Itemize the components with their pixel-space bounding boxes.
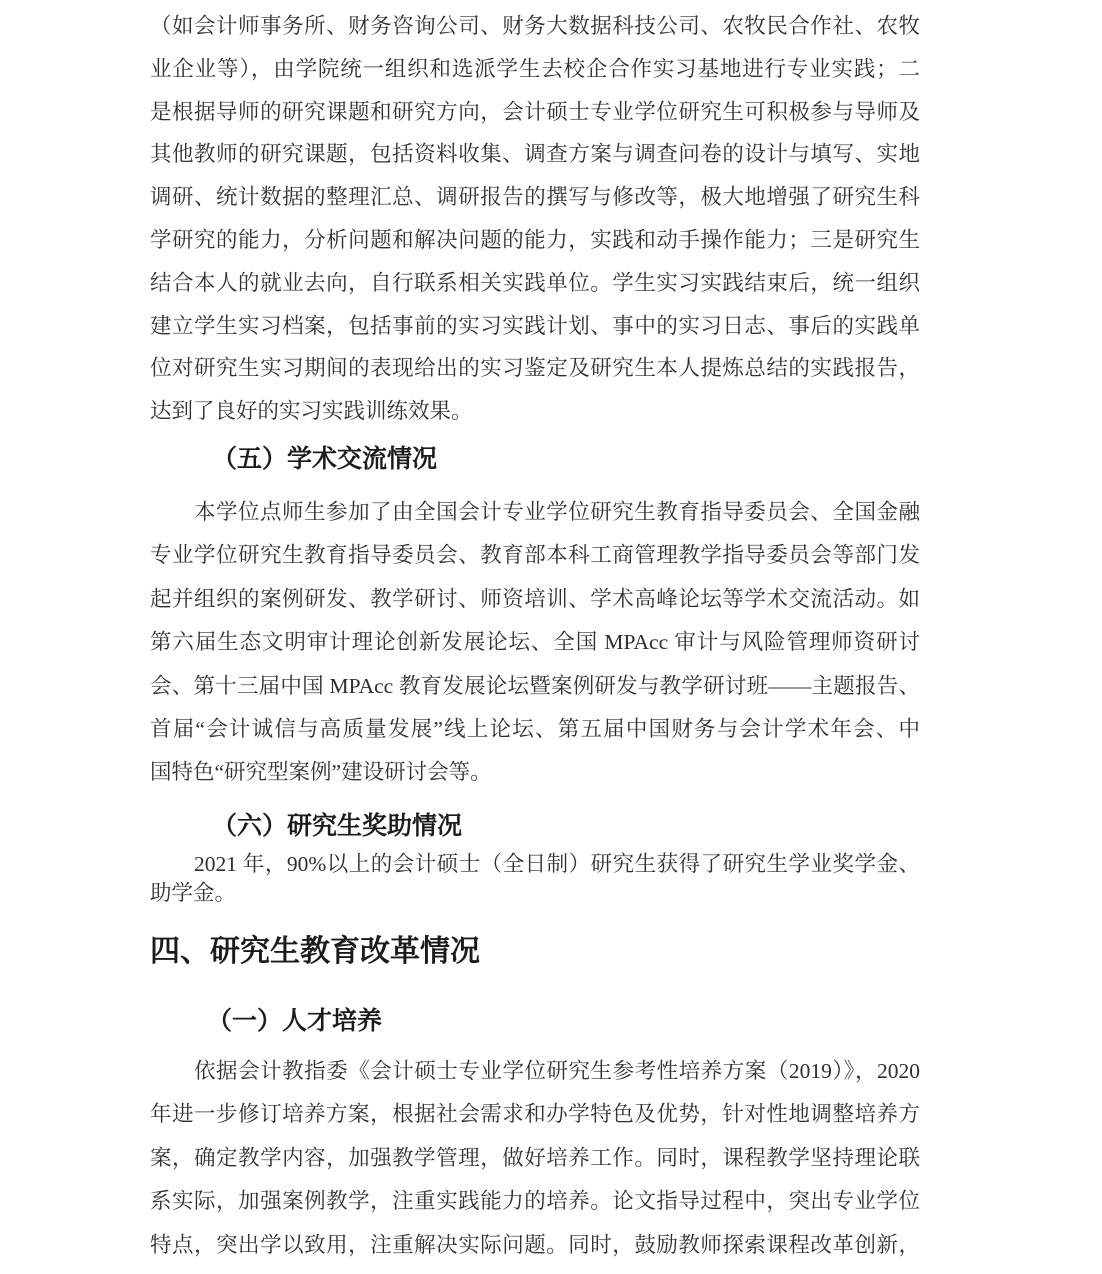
paragraph-talent-cultivation: 依据会计教指委《会计硕士专业学位研究生参考性培养方案（2019）》，2020 年… xyxy=(150,1050,920,1267)
paragraph-internship-practice: （如会计师事务所、财务咨询公司、财务大数据科技公司、农牧民合作社、农牧 业企业等… xyxy=(150,5,920,433)
paragraph-scholarship: 2021 年，90%以上的会计硕士（全日制）研究生获得了研究生学业奖学金、 助学… xyxy=(150,850,920,908)
text-line: 特点，突出学以致用，注重解决实际问题。同时，鼓励教师探索课程改革创新， xyxy=(150,1224,920,1267)
text-line: 首届“会计诚信与高质量发展”线上论坛、第五届中国财务与会计学术年会、中 xyxy=(150,708,920,751)
text-line: 其他教师的研究课题，包括资料收集、调查方案与调查问卷的设计与填写、实地 xyxy=(150,133,920,176)
text-line: 依据会计教指委《会计硕士专业学位研究生参考性培养方案（2019）》，2020 xyxy=(150,1050,920,1093)
text-line: 会、第十三届中国 MPAcc 教育发展论坛暨案例研发与教学研讨班——主题报告、 xyxy=(150,665,920,708)
text-line: 位对研究生实习期间的表现给出的实习鉴定及研究生本人提炼总结的实践报告， xyxy=(150,347,920,390)
text-line: 调研、统计数据的整理汇总、调研报告的撰写与修改等，极大地增强了研究生科 xyxy=(150,176,920,219)
text-line: 案，确定教学内容，加强教学管理，做好培养工作。同时，课程教学坚持理论联 xyxy=(150,1137,920,1180)
document-page: （如会计师事务所、财务咨询公司、财务大数据科技公司、农牧民合作社、农牧 业企业等… xyxy=(0,0,1102,1274)
text-line: 2021 年，90%以上的会计硕士（全日制）研究生获得了研究生学业奖学金、 xyxy=(150,850,920,879)
text-line: 本学位点师生参加了由全国会计专业学位研究生教育指导委员会、全国金融 xyxy=(150,491,920,534)
text-line: 助学金。 xyxy=(150,879,920,908)
text-line: （如会计师事务所、财务咨询公司、财务大数据科技公司、农牧民合作社、农牧 xyxy=(150,5,920,48)
text-line: 专业学位研究生教育指导委员会、教育部本科工商管理教学指导委员会等部门发 xyxy=(150,534,920,577)
text-line: 是根据导师的研究课题和研究方向，会计硕士专业学位研究生可积极参与导师及 xyxy=(150,91,920,134)
text-line: 起并组织的案例研发、教学研讨、师资培训、学术高峰论坛等学术交流活动。如 xyxy=(150,578,920,621)
text-line: 第六届生态文明审计理论创新发展论坛、全国 MPAcc 审计与风险管理师资研讨 xyxy=(150,621,920,664)
text-line: 国特色“研究型案例”建设研讨会等。 xyxy=(150,751,920,794)
text-line: 结合本人的就业去向，自行联系相关实践单位。学生实习实践结束后，统一组织 xyxy=(150,262,920,305)
paragraph-academic-exchange: 本学位点师生参加了由全国会计专业学位研究生教育指导委员会、全国金融 专业学位研究… xyxy=(150,491,920,795)
heading-scholarship: （六）研究生奖助情况 xyxy=(212,809,462,845)
heading-academic-exchange: （五）学术交流情况 xyxy=(212,442,437,478)
text-line: 系实际，加强案例教学，注重实践能力的培养。论文指导过程中，突出专业学位 xyxy=(150,1180,920,1223)
text-line: 年进一步修订培养方案，根据社会需求和办学特色及优势，针对性地调整培养方 xyxy=(150,1093,920,1136)
text-line: 学研究的能力，分析问题和解决问题的能力，实践和动手操作能力；三是研究生 xyxy=(150,219,920,262)
text-line: 建立学生实习档案，包括事前的实习实践计划、事中的实习日志、事后的实践单 xyxy=(150,305,920,348)
text-line: 业企业等），由学院统一组织和选派学生去校企合作实习基地进行专业实践；二 xyxy=(150,48,920,91)
text-line: 达到了良好的实习实践训练效果。 xyxy=(150,390,920,433)
heading-education-reform: 四、研究生教育改革情况 xyxy=(150,930,480,974)
heading-talent-cultivation: （一）人才培养 xyxy=(207,1004,382,1040)
